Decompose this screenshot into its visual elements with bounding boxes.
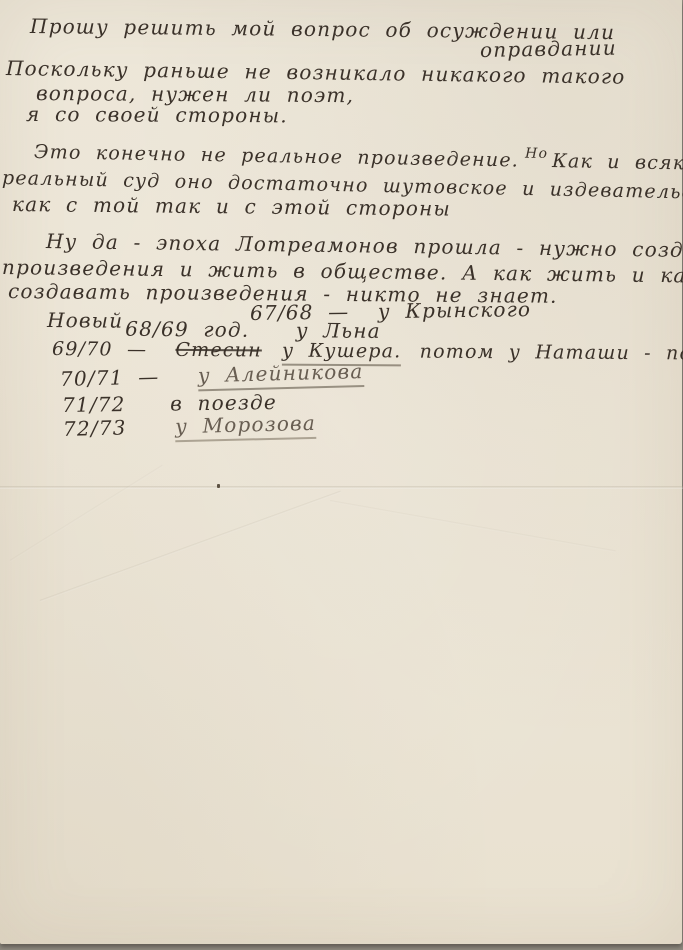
year-range: 68/69 <box>125 317 189 342</box>
place: у Крынского <box>378 297 532 323</box>
para2-line3: как с той так и с этой стороны <box>12 192 451 221</box>
list-row-70-71: 70/71 — у Алейникова <box>60 359 364 391</box>
list-row-72-73: 72/73 у Морозова <box>63 411 317 441</box>
place: у Алейникова <box>198 359 364 391</box>
scan-background: Прошу решить мой вопрос об осуждении или… <box>0 0 683 950</box>
diagonal-crease <box>9 465 163 562</box>
diagonal-crease <box>40 491 341 602</box>
year-range: 70/71 — <box>60 364 160 391</box>
year-range: 71/72 <box>62 392 126 417</box>
horizontal-fold-crease <box>0 486 683 489</box>
year-word: год. <box>203 317 249 341</box>
ink-speck <box>217 484 220 488</box>
paper-sheet: Прошу решить мой вопрос об осуждении или… <box>0 0 682 944</box>
place: у Морозова <box>175 411 316 442</box>
note: потом у Наташи - подруги Сергиенко <box>420 341 683 366</box>
para1-line2: оправдании <box>480 36 617 62</box>
list-row-69-70: 69/70 — Стесин у Кушера. потом у Наташи … <box>52 338 683 366</box>
list-row-68-69: Новый68/69 год. у Льна <box>47 308 381 335</box>
year-range: 72/73 <box>63 415 127 441</box>
para1-line5: я со своей стороны. <box>26 102 288 127</box>
para2-line1-main: Это конечно не реальное произведение. <box>34 141 519 171</box>
year-range: 69/70 — <box>52 338 147 361</box>
new-year-word: Новый <box>47 308 124 333</box>
para2-line1-end: Как и всякий <box>552 150 683 175</box>
struck-name: Стесин <box>175 339 262 362</box>
diagonal-crease <box>330 500 616 552</box>
para2-insert-word: Но <box>525 146 548 162</box>
